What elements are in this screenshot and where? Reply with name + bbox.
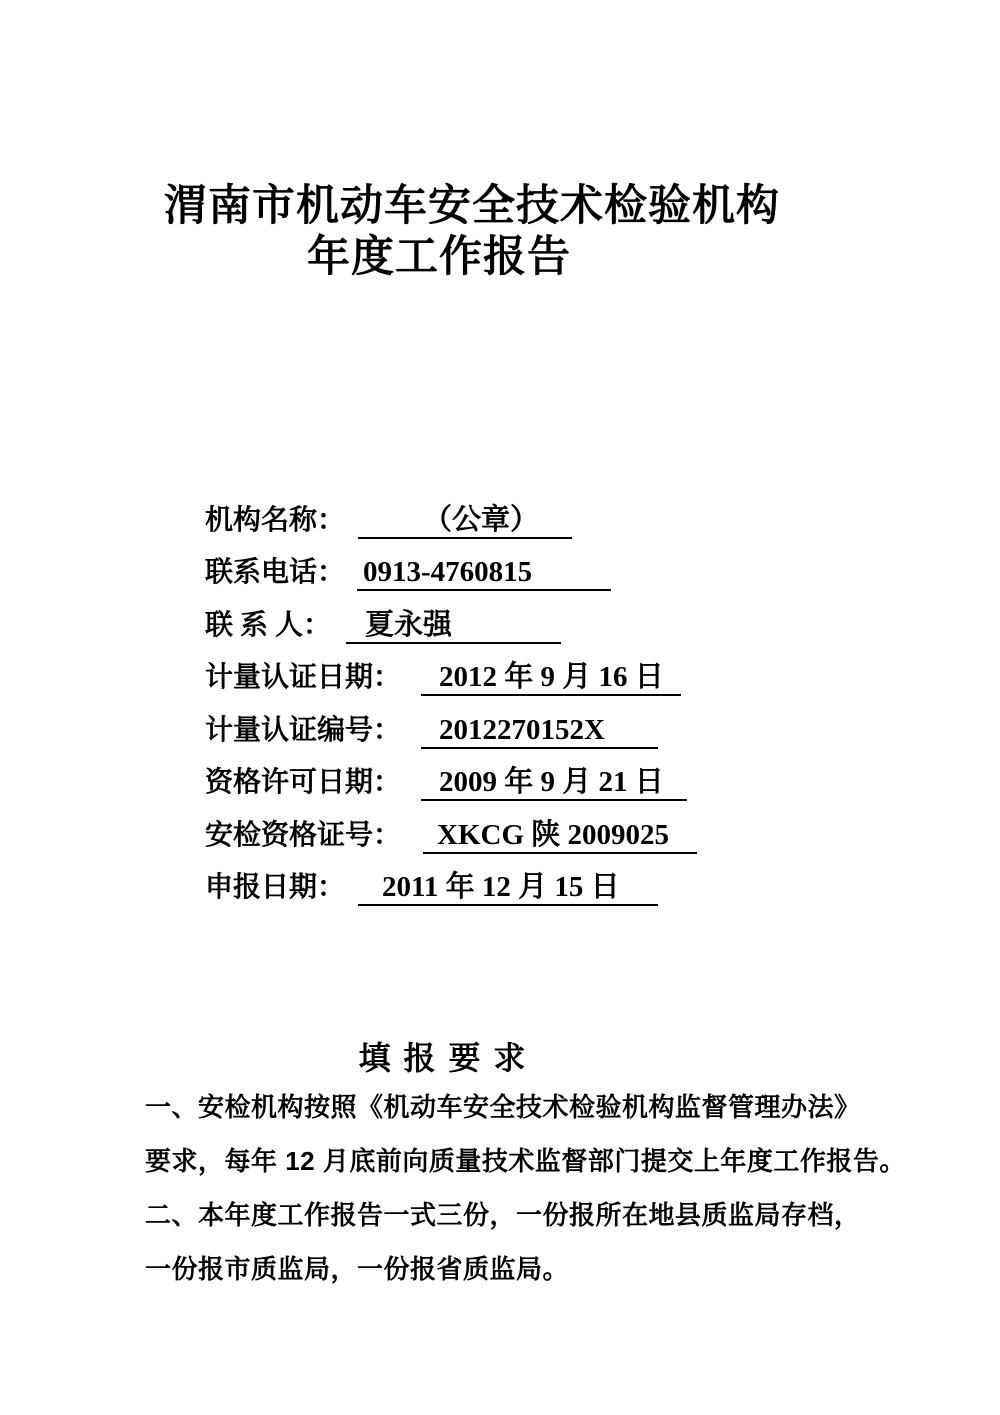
field-label-declaration-date: 申报日期： bbox=[205, 871, 340, 905]
field-value-metrology-cert-number: 2012270152X bbox=[421, 713, 658, 749]
document-title-line-1: 渭南市机动车安全技术检验机构 bbox=[164, 180, 780, 234]
document-page: 渭南市机动车安全技术检验机构 年度工作报告 机构名称：（公章） 联系电话：091… bbox=[0, 0, 1000, 1415]
field-value-metrology-cert-date: 2012 年 9 月 16 日 bbox=[421, 660, 681, 696]
requirements-line-2: 要求，每年 12 月底前向质量技术监督部门提交上年度工作报告。 bbox=[145, 1143, 906, 1179]
requirements-line-3: 二、本年度工作报告一式三份，一份报所在地县质监局存档， bbox=[145, 1197, 861, 1233]
requirements-section-title: 填 报 要 求 bbox=[0, 1036, 886, 1080]
field-label-contact-person: 联 系 人： bbox=[205, 609, 336, 643]
requirements-line-1: 一、安检机构按照《机动车安全技术检验机构监督管理办法》 bbox=[145, 1089, 861, 1125]
field-row-phone: 联系电话：0913-4760815 bbox=[205, 555, 611, 591]
field-row-safety-cert-number: 安检资格证号：XKCG 陕 2009025 bbox=[205, 818, 697, 854]
field-label-metrology-cert-number: 计量认证编号： bbox=[205, 714, 401, 748]
field-value-declaration-date: 2011 年 12 月 15 日 bbox=[358, 870, 658, 906]
field-value-qualification-license-date: 2009 年 9 月 21 日 bbox=[421, 765, 687, 801]
field-value-org-name: （公章） bbox=[358, 503, 572, 539]
field-row-qualification-license-date: 资格许可日期：2009 年 9 月 21 日 bbox=[205, 765, 687, 801]
document-title-line-2: 年度工作报告 bbox=[307, 231, 571, 285]
field-row-org-name: 机构名称：（公章） bbox=[205, 503, 572, 539]
field-label-qualification-license-date: 资格许可日期： bbox=[205, 766, 401, 800]
field-label-phone: 联系电话： bbox=[205, 556, 345, 590]
requirements-line-4: 一份报市质监局，一份报省质监局。 bbox=[145, 1251, 569, 1287]
field-row-metrology-cert-date: 计量认证日期：2012 年 9 月 16 日 bbox=[205, 660, 681, 696]
field-value-phone: 0913-4760815 bbox=[357, 555, 611, 591]
field-label-metrology-cert-date: 计量认证日期： bbox=[205, 661, 401, 695]
field-value-safety-cert-number: XKCG 陕 2009025 bbox=[423, 818, 697, 854]
field-row-contact-person: 联 系 人：夏永强 bbox=[205, 608, 561, 644]
field-row-declaration-date: 申报日期：2011 年 12 月 15 日 bbox=[205, 870, 658, 906]
field-value-contact-person: 夏永强 bbox=[346, 608, 561, 644]
field-row-metrology-cert-number: 计量认证编号：2012270152X bbox=[205, 713, 658, 749]
field-label-org-name: 机构名称： bbox=[205, 504, 345, 538]
field-label-safety-cert-number: 安检资格证号： bbox=[205, 819, 401, 853]
